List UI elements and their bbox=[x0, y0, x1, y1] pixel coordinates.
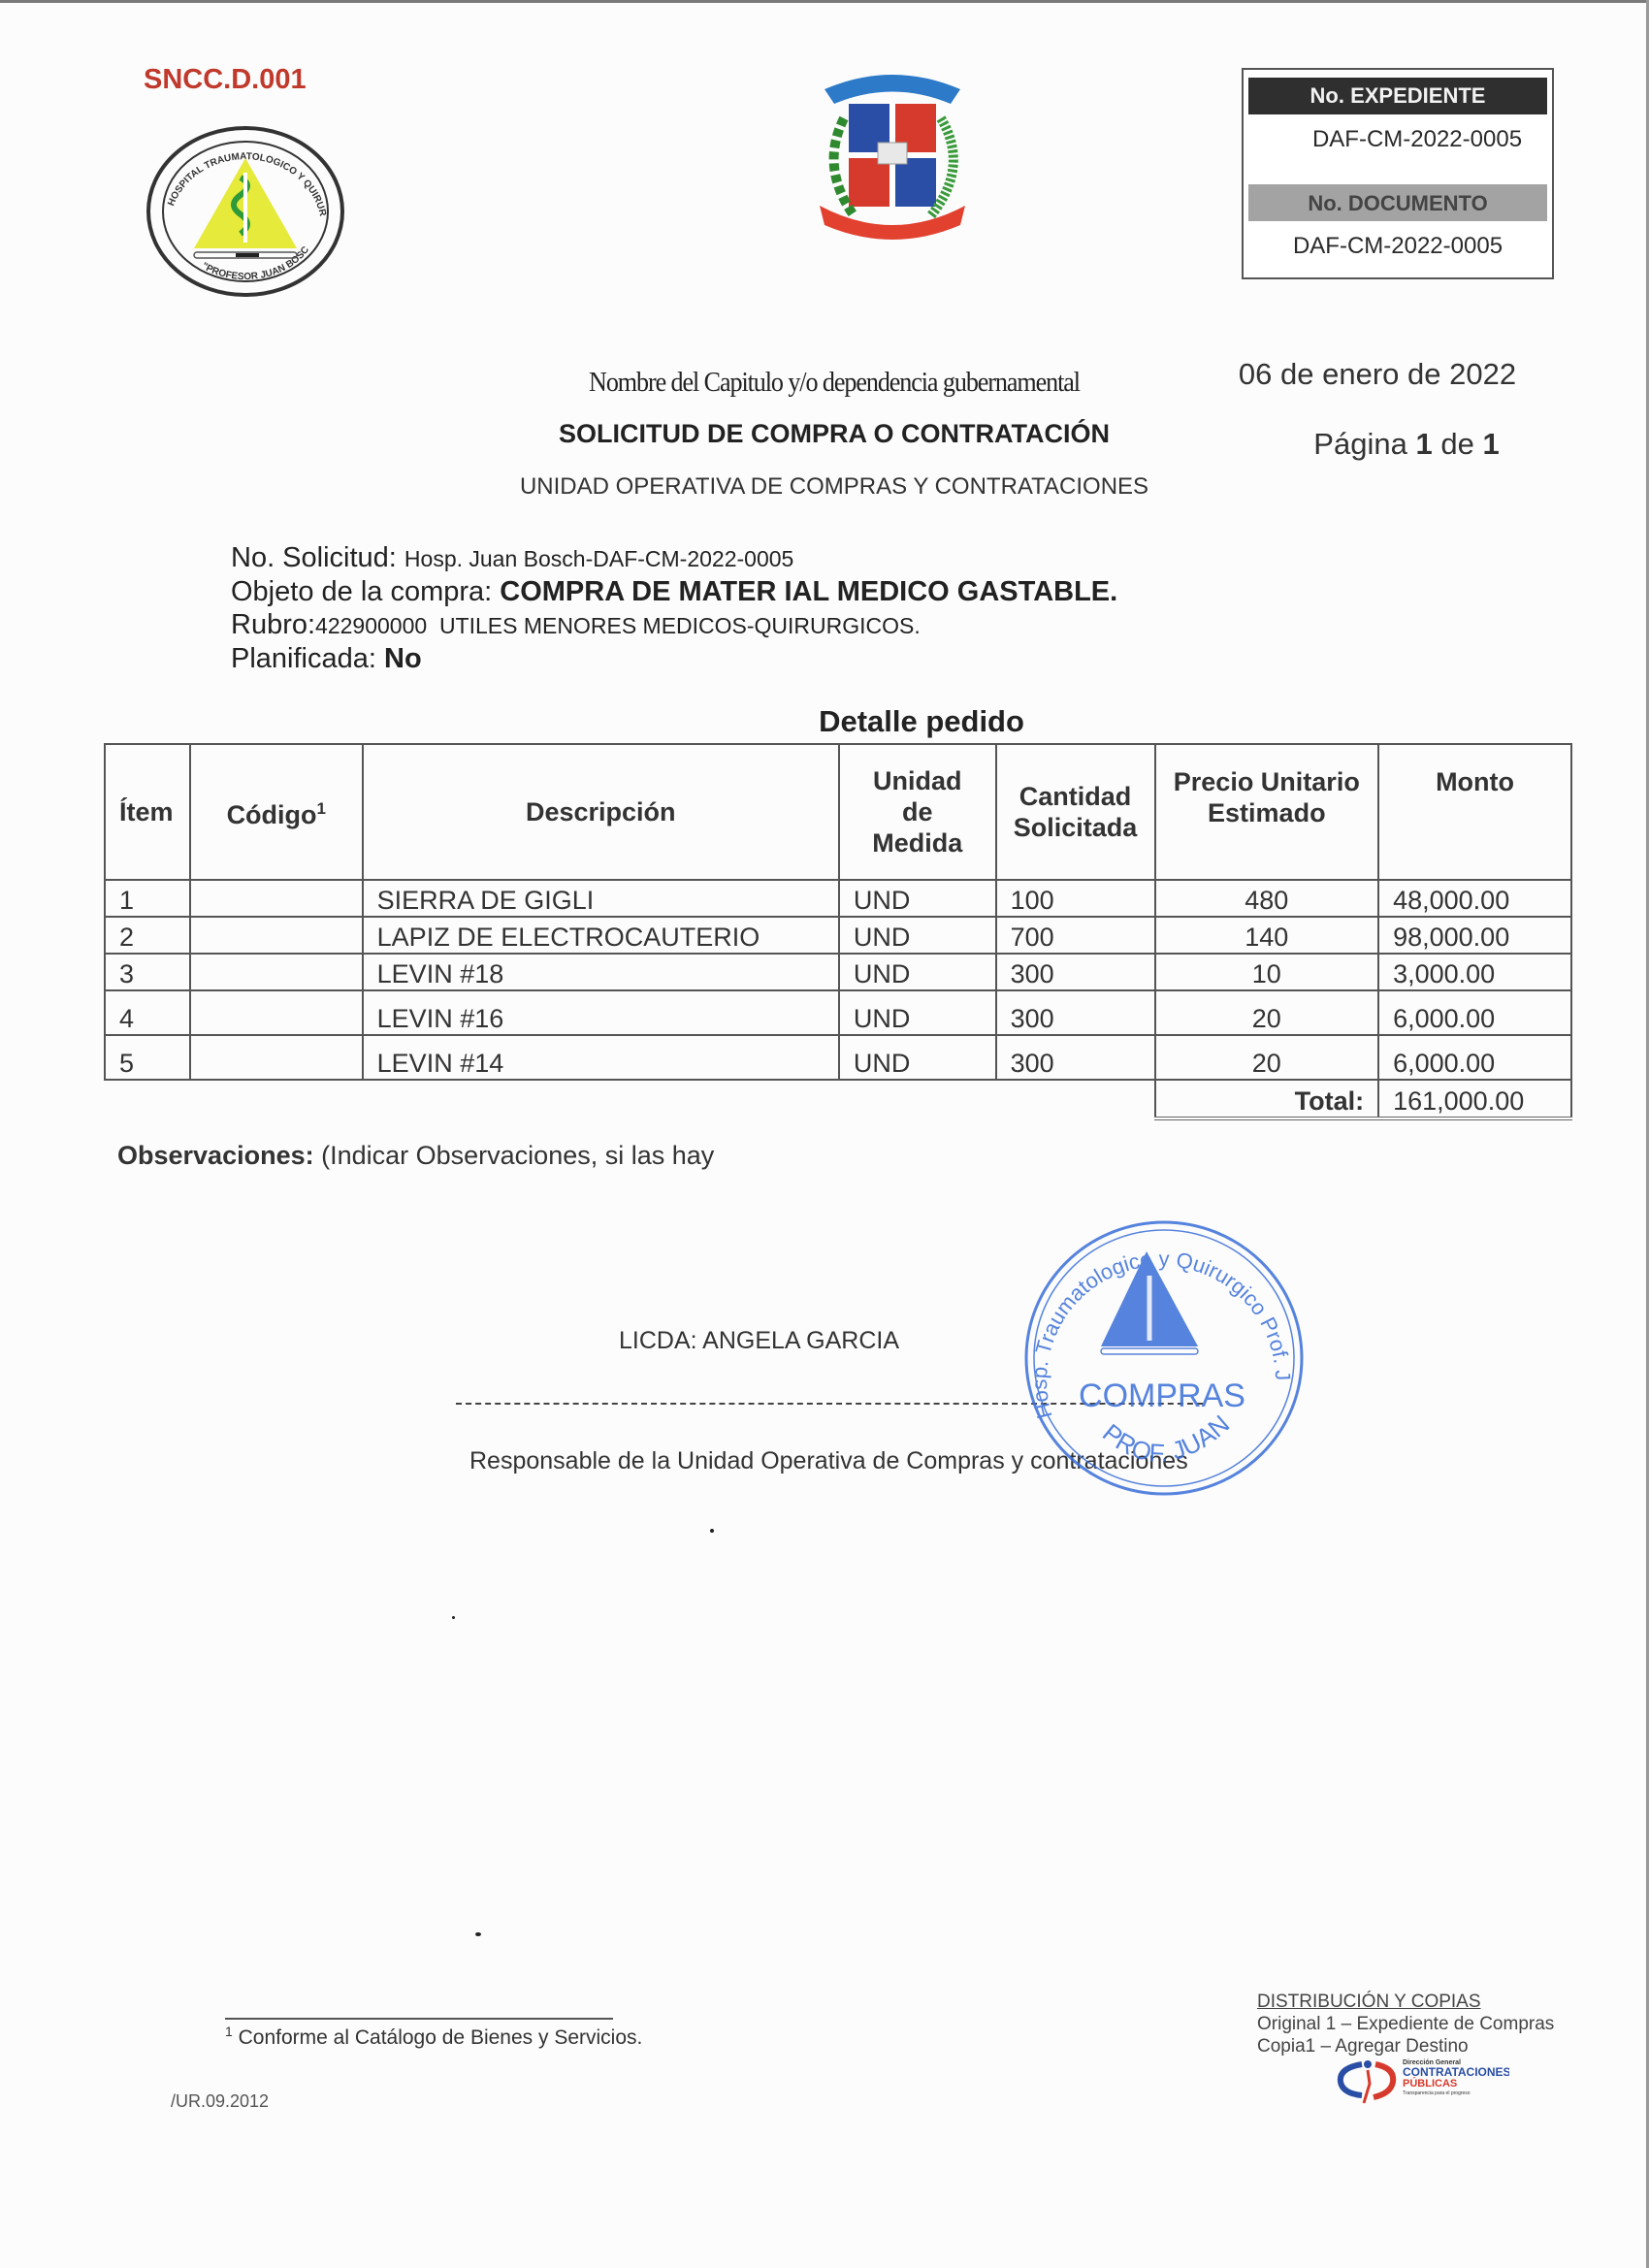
footnote: 1 Conforme al Catálogo de Bienes y Servi… bbox=[225, 2024, 642, 2050]
objeto-label: Objeto de la compra: bbox=[231, 576, 492, 607]
cell-unidad: UND bbox=[839, 880, 996, 917]
cell-cantidad: 300 bbox=[996, 954, 1155, 990]
observaciones: Observaciones: (Indicar Observaciones, s… bbox=[117, 1141, 714, 1171]
page-of: de bbox=[1440, 427, 1473, 461]
col-precio: Precio UnitarioEstimado bbox=[1155, 744, 1379, 880]
table-header-row: Ítem Código1 Descripción UnidaddeMedida … bbox=[105, 744, 1571, 880]
svg-text:Transparencia para el progreso: Transparencia para el progreso bbox=[1403, 2090, 1471, 2096]
rubro-label: Rubro: bbox=[231, 609, 315, 640]
cell-item: 1 bbox=[105, 880, 190, 917]
cell-precio: 20 bbox=[1155, 990, 1379, 1035]
compras-stamp-icon: Hosp. Traumatologico y Quirurgico Prof. … bbox=[1018, 1213, 1309, 1504]
cell-codigo bbox=[190, 954, 363, 990]
no-solicitud-value: Hosp. Juan Bosch-DAF-CM-2022-0005 bbox=[404, 546, 793, 571]
observaciones-text: (Indicar Observaciones, si las hay bbox=[321, 1141, 714, 1170]
table-row: 5LEVIN #14UND300206,000.00 bbox=[105, 1035, 1571, 1080]
rubro-line: Rubro:422900000 UTILES MENORES MEDICOS-Q… bbox=[231, 608, 1117, 642]
col-unidad: UnidaddeMedida bbox=[839, 744, 996, 880]
distribucion-copias: DISTRIBUCIÓN Y COPIAS Original 1 – Exped… bbox=[1257, 1991, 1554, 2057]
cell-unidad: UND bbox=[839, 954, 996, 990]
expediente-label: No. EXPEDIENTE bbox=[1248, 78, 1547, 114]
cell-descripcion: LEVIN #18 bbox=[363, 954, 839, 990]
cell-descripcion: LAPIZ DE ELECTROCAUTERIO bbox=[363, 917, 839, 954]
cell-precio: 10 bbox=[1155, 954, 1379, 990]
coat-of-arms-icon bbox=[795, 60, 989, 254]
cell-precio: 480 bbox=[1155, 880, 1379, 917]
svg-text:CONTRATACIONES: CONTRATACIONES bbox=[1403, 2065, 1509, 2079]
distribucion-header: DISTRIBUCIÓN Y COPIAS bbox=[1257, 1991, 1554, 2013]
cell-cantidad: 300 bbox=[996, 1035, 1155, 1080]
page-current: 1 bbox=[1415, 427, 1432, 461]
cell-monto: 6,000.00 bbox=[1378, 990, 1571, 1035]
footnote-ref: 1 bbox=[317, 799, 326, 818]
table-row: 3LEVIN #18UND300103,000.00 bbox=[105, 954, 1571, 990]
scan-edge bbox=[0, 0, 1649, 3]
col-monto: Monto bbox=[1378, 744, 1571, 880]
scan-speck bbox=[452, 1616, 455, 1619]
cell-codigo bbox=[190, 880, 363, 917]
cell-cantidad: 700 bbox=[996, 917, 1155, 954]
dgcp-logo-icon: Dirección General CONTRATACIONES PÚBLICA… bbox=[1335, 2055, 1509, 2109]
footnote-separator bbox=[225, 2018, 613, 2020]
cell-precio: 20 bbox=[1155, 1035, 1379, 1080]
cell-codigo bbox=[190, 990, 363, 1035]
document-title: SOLICITUD DE COMPRA O CONTRATACIÓN bbox=[485, 419, 1183, 449]
no-solicitud-label: No. Solicitud: bbox=[231, 542, 397, 573]
scan-speck bbox=[475, 1932, 481, 1936]
hospital-logo-icon: HOSPITAL TRAUMATOLOGICO Y QUIRURGICO "PR… bbox=[144, 124, 347, 299]
cell-monto: 6,000.00 bbox=[1378, 1035, 1571, 1080]
planificada-line: Planificada: No bbox=[231, 642, 1117, 675]
form-code: SNCC.D.001 bbox=[144, 64, 307, 96]
no-solicitud-line: No. Solicitud: Hosp. Juan Bosch-DAF-CM-2… bbox=[231, 541, 1117, 575]
cell-item: 3 bbox=[105, 954, 190, 990]
cell-monto: 98,000.00 bbox=[1378, 917, 1571, 954]
total-value: 161,000.00 bbox=[1378, 1080, 1571, 1118]
cell-cantidad: 100 bbox=[996, 880, 1155, 917]
planificada-label: Planificada: bbox=[231, 643, 376, 674]
table-row: 1SIERRA DE GIGLIUND10048048,000.00 bbox=[105, 880, 1571, 917]
table-row: 2LAPIZ DE ELECTROCAUTERIOUND70014098,000… bbox=[105, 917, 1571, 954]
col-codigo: Código1 bbox=[190, 744, 363, 880]
cell-descripcion: SIERRA DE GIGLI bbox=[363, 880, 839, 917]
documento-label: No. DOCUMENTO bbox=[1248, 184, 1547, 221]
cell-codigo bbox=[190, 917, 363, 954]
rubro-value: 422900000 UTILES MENORES MEDICOS-QUIRURG… bbox=[315, 613, 921, 638]
expediente-value: DAF-CM-2022-0005 bbox=[1244, 126, 1552, 153]
total-row: Total: 161,000.00 bbox=[105, 1080, 1571, 1118]
planificada-value: No bbox=[384, 643, 422, 674]
cell-unidad: UND bbox=[839, 917, 996, 954]
col-cantidad: CantidadSolicitada bbox=[996, 744, 1155, 880]
cell-monto: 3,000.00 bbox=[1378, 954, 1571, 990]
distribucion-original: Original 1 – Expediente de Compras bbox=[1257, 2013, 1554, 2035]
cell-precio: 140 bbox=[1155, 917, 1379, 954]
col-item: Ítem bbox=[105, 744, 190, 880]
cell-monto: 48,000.00 bbox=[1378, 880, 1571, 917]
cell-unidad: UND bbox=[839, 990, 996, 1035]
cell-item: 5 bbox=[105, 1035, 190, 1080]
objeto-line: Objeto de la compra: COMPRA DE MATER IAL… bbox=[231, 575, 1117, 608]
cell-item: 4 bbox=[105, 990, 190, 1035]
form-version: /UR.09.2012 bbox=[171, 2091, 269, 2112]
cell-codigo bbox=[190, 1035, 363, 1080]
documento-value: DAF-CM-2022-0005 bbox=[1244, 233, 1552, 260]
cell-descripcion: LEVIN #14 bbox=[363, 1035, 839, 1080]
table-row: 4LEVIN #16UND300206,000.00 bbox=[105, 990, 1571, 1035]
page-indicator: Página 1 de 1 bbox=[1261, 427, 1552, 462]
cell-cantidad: 300 bbox=[996, 990, 1155, 1035]
objeto-value: COMPRA DE MATER IAL MEDICO GASTABLE. bbox=[500, 576, 1117, 607]
expediente-box: No. EXPEDIENTE DAF-CM-2022-0005 No. DOCU… bbox=[1242, 68, 1554, 279]
items-table: Ítem Código1 Descripción UnidaddeMedida … bbox=[104, 743, 1572, 1120]
signer-name: LICDA: ANGELA GARCIA bbox=[619, 1327, 899, 1355]
col-descripcion: Descripción bbox=[363, 744, 839, 880]
solicitud-info: No. Solicitud: Hosp. Juan Bosch-DAF-CM-2… bbox=[231, 541, 1117, 675]
unidad-operativa: UNIDAD OPERATIVA DE COMPRAS Y CONTRATACI… bbox=[485, 473, 1183, 501]
scan-speck bbox=[710, 1529, 714, 1533]
cell-descripcion: LEVIN #16 bbox=[363, 990, 839, 1035]
total-label: Total: bbox=[1155, 1080, 1379, 1118]
cell-item: 2 bbox=[105, 917, 190, 954]
detalle-title: Detalle pedido bbox=[640, 704, 1203, 739]
svg-text:PÚBLICAS: PÚBLICAS bbox=[1403, 2077, 1457, 2090]
dependencia-name: Nombre del Capitulo y/o dependencia gube… bbox=[520, 367, 1148, 399]
page-total: 1 bbox=[1482, 427, 1499, 461]
observaciones-label: Observaciones: bbox=[117, 1141, 314, 1170]
page-label: Página bbox=[1313, 427, 1407, 461]
cell-unidad: UND bbox=[839, 1035, 996, 1080]
document-date: 06 de enero de 2022 bbox=[1203, 357, 1552, 392]
